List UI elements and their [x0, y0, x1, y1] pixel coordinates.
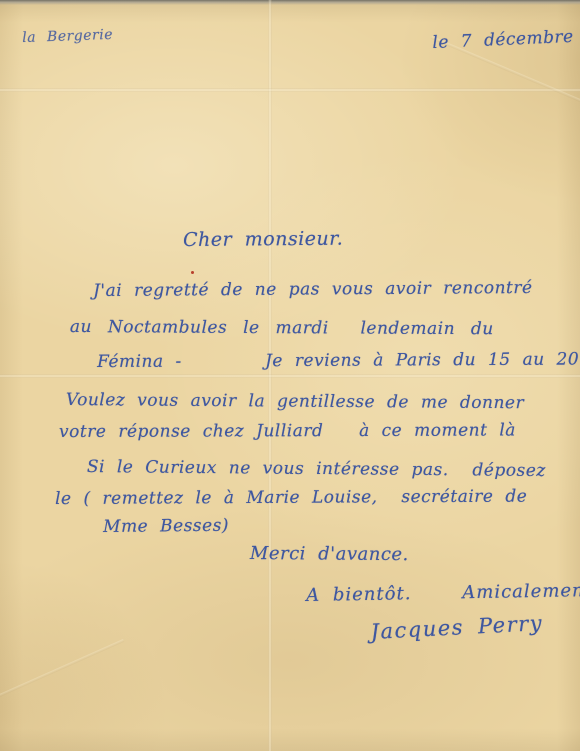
letter-body-line: votre réponse chez Julliard à ce moment … [59, 420, 516, 442]
letter-closing: A bientôt. Amicalement [306, 580, 580, 606]
letter-place: la Bergerie [22, 27, 113, 46]
letter-thanks: Merci d'avance. [250, 543, 409, 565]
letter-body-line: au Noctambules le mardi lendemain du [70, 317, 494, 339]
letter-signature: Jacques Perry [370, 611, 544, 644]
fold-crease-vertical [268, 0, 272, 751]
letter-body-line: le ( remettez le à Marie Louise, secréta… [55, 487, 527, 509]
letter-date: le 7 décembre [432, 27, 574, 53]
letter-salutation: Cher monsieur. [183, 228, 343, 251]
letter-scan: la Bergerie le 7 décembre Cher monsieur.… [0, 0, 580, 751]
letter-body-line: J'ai regretté de ne pas vous avoir renco… [93, 278, 533, 301]
letter-body-line: Voulez vous avoir la gentillesse de me d… [66, 390, 524, 413]
letter-body-line: Fémina - Je reviens à Paris du 15 au 20 [97, 349, 579, 372]
letter-body-line: Mme Besses) [103, 516, 229, 537]
fold-crease-horizontal-top [0, 88, 580, 92]
fold-crease-horizontal-mid [0, 374, 580, 378]
scanner-edge [0, 0, 580, 5]
letter-body-line: Si le Curieux ne vous intéresse pas. dép… [87, 457, 546, 481]
ink-speck [191, 271, 194, 274]
crease-bottom-left [0, 639, 124, 703]
